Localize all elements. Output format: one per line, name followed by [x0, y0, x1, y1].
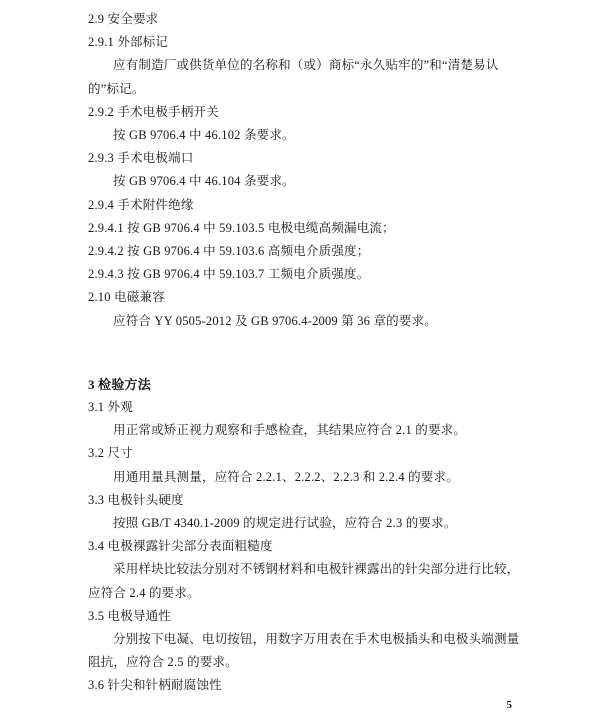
heading-3: 3 检验方法: [88, 373, 512, 396]
paragraph-line: 按 GB 9706.4 中 46.104 条要求。: [88, 170, 512, 193]
heading-2-9-4-3: 2.9.4.3 按 GB 9706.4 中 59.103.7 工频电介质强度。: [88, 263, 512, 286]
heading-3-1: 3.1 外观: [88, 396, 512, 419]
heading-2-9-2: 2.9.2 手术电极手柄开关: [88, 101, 512, 124]
paragraph-line: 按照 GB/T 4340.1-2009 的规定进行试验，应符合 2.3 的要求。: [88, 512, 512, 535]
heading-2-9-1: 2.9.1 外部标记: [88, 31, 512, 54]
heading-3-5: 3.5 电极导通性: [88, 605, 512, 628]
heading-2-9-4-2: 2.9.4.2 按 GB 9706.4 中 59.103.6 高频电介质强度；: [88, 240, 512, 263]
paragraph-line: 应有制造厂或供货单位的名称和（或）商标“永久贴牢的”和“清楚易认: [88, 54, 512, 77]
heading-2-9-4: 2.9.4 手术附件绝缘: [88, 194, 512, 217]
heading-3-6: 3.6 针尖和针柄耐腐蚀性: [88, 674, 512, 697]
paragraph-line: 分别按下电凝、电切按钮，用数字万用表在手术电极插头和电极头端测量: [88, 628, 512, 651]
paragraph-line: 采用样块比较法分别对不锈钢材料和电极针裸露出的针尖部分进行比较，: [88, 558, 512, 581]
paragraph-line: 阻抗，应符合 2.5 的要求。: [88, 651, 512, 674]
paragraph-line: 按 GB 9706.4 中 46.102 条要求。: [88, 124, 512, 147]
paragraph-line: 用通用量具测量，应符合 2.2.1、2.2.2、2.2.3 和 2.2.4 的要…: [88, 466, 512, 489]
document-body: 2.9 安全要求 2.9.1 外部标记 应有制造厂或供货单位的名称和（或）商标“…: [88, 8, 512, 698]
heading-3-2: 3.2 尺寸: [88, 442, 512, 465]
document-page: 2.9 安全要求 2.9.1 外部标记 应有制造厂或供货单位的名称和（或）商标“…: [0, 0, 600, 728]
heading-2-9-3: 2.9.3 手术电极端口: [88, 147, 512, 170]
paragraph-line: 的”标记。: [88, 78, 512, 101]
paragraph-line: 应符合 2.4 的要求。: [88, 582, 512, 605]
paragraph-line: 应符合 YY 0505-2012 及 GB 9706.4-2009 第 36 章…: [88, 310, 512, 333]
paragraph-line: 用正常或矫正视力观察和手感检查，其结果应符合 2.1 的要求。: [88, 419, 512, 442]
heading-3-3: 3.3 电极针头硬度: [88, 489, 512, 512]
heading-2-10: 2.10 电磁兼容: [88, 286, 512, 309]
heading-2-9: 2.9 安全要求: [88, 8, 512, 31]
page-number: 5: [507, 699, 513, 711]
heading-2-9-4-1: 2.9.4.1 按 GB 9706.4 中 59.103.5 电极电缆高频漏电流…: [88, 217, 512, 240]
heading-3-4: 3.4 电极裸露针尖部分表面粗糙度: [88, 535, 512, 558]
